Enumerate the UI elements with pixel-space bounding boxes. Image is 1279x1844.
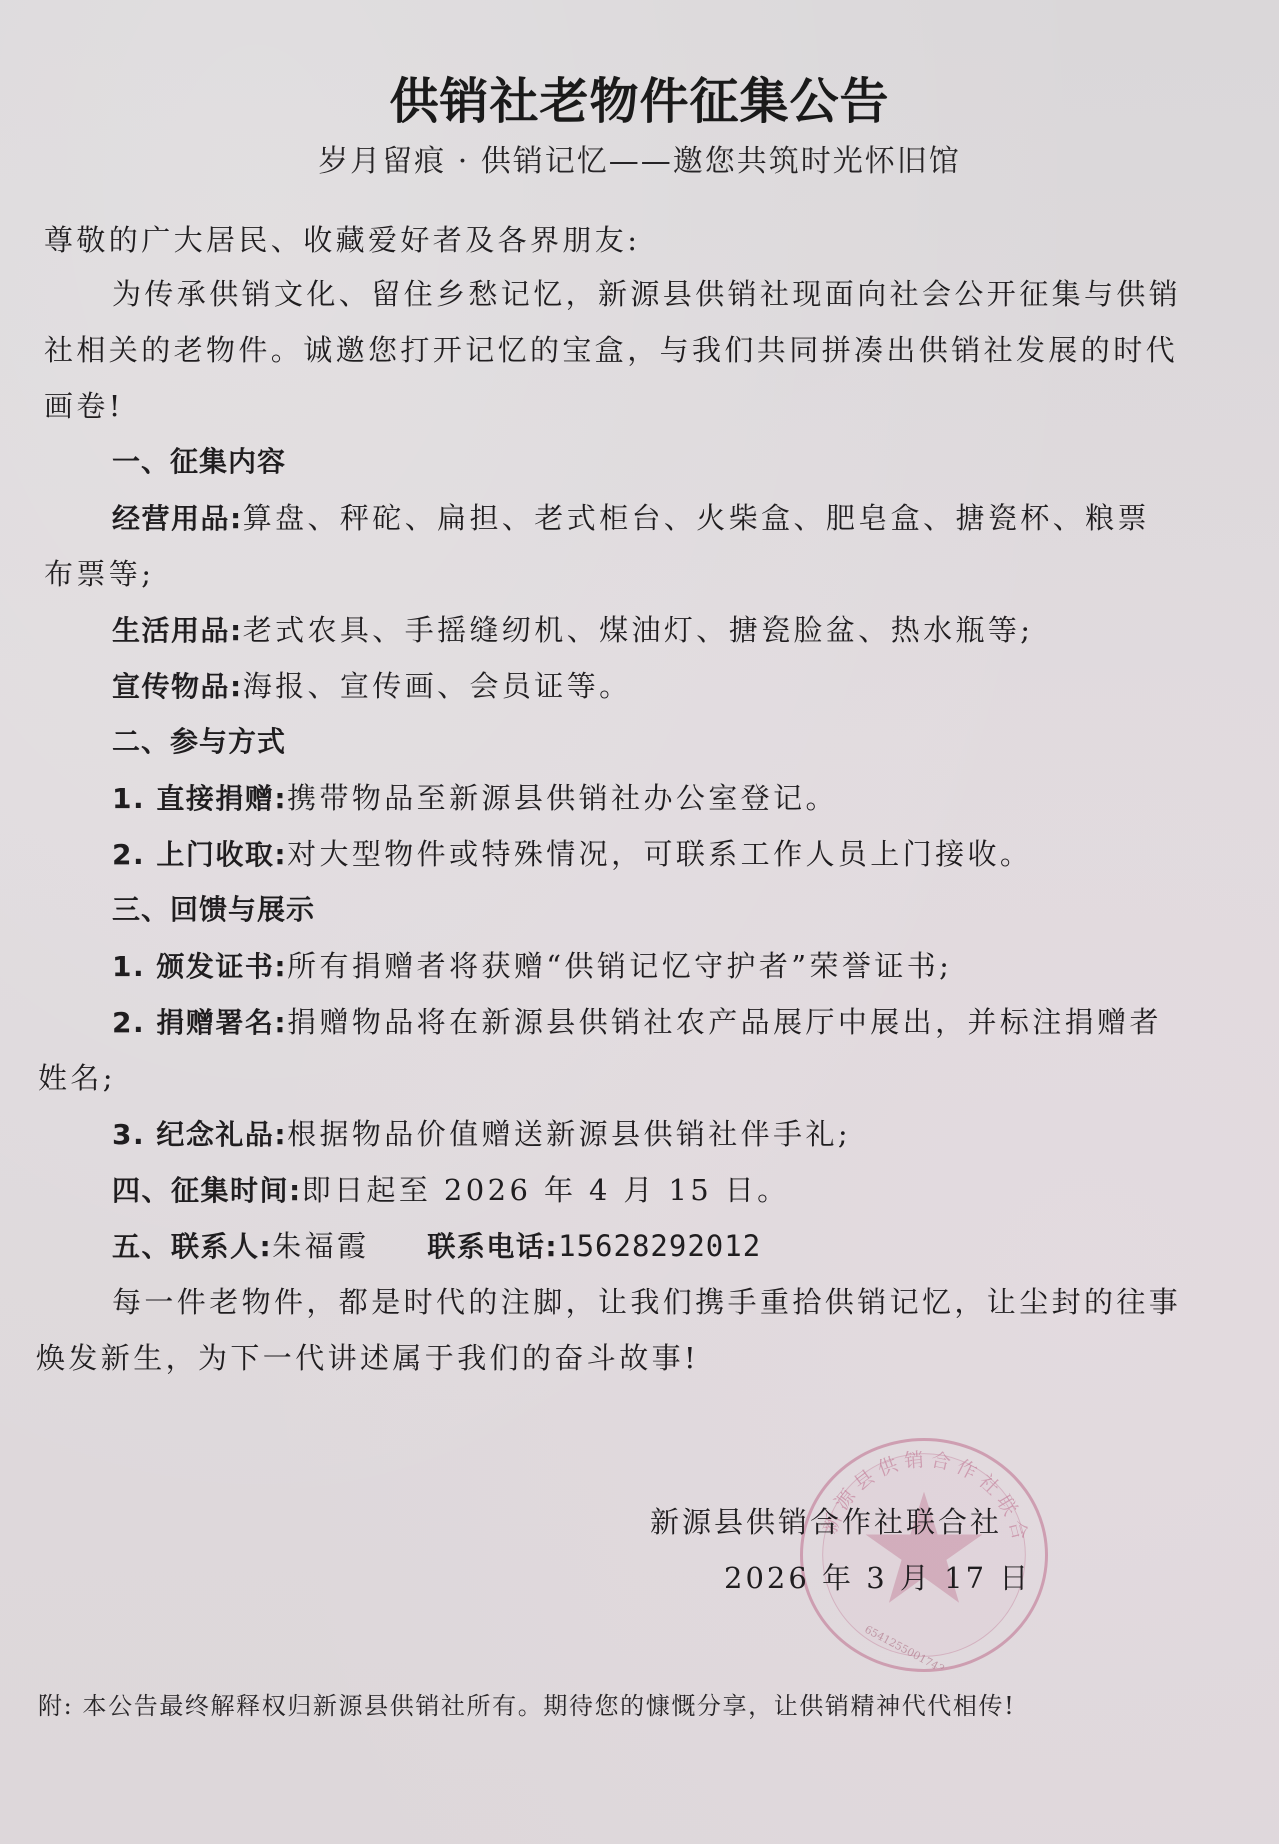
contact-info: 五、联系人:朱福霞联系电话:15628292012 [112,1218,761,1275]
notice-document: 供销社老物件征集公告 岁月留痕 · 供销记忆——邀您共筑时光怀旧馆 尊敬的广大居… [0,0,1279,1844]
feedback-item-certificate: 1. 颁发证书:所有捐赠者将获赠“供销记忆守护者”荣誉证书; [112,938,952,995]
item-label: 宣传物品: [112,670,243,703]
collection-item-business: 经营用品:算盘、秤砣、扁担、老式柜台、火柴盒、肥皂盒、搪瓷杯、粮票 [112,490,1150,547]
intro-line-1: 为传承供销文化、留住乡愁记忆，新源县供销社现面向社会公开征集与供销 [112,266,1181,322]
section-heading-feedback: 三、回馈与展示 [112,882,315,938]
item-text: 捐赠物品将在新源县供销社农产品展厅中展出，并标注捐赠者 [287,1005,1162,1039]
item-text: 根据物品价值赠送新源县供销社伴手礼; [287,1117,851,1151]
contact-heading: 五、联系人: [112,1230,272,1263]
item-text: 所有捐赠者将获赠“供销记忆守护者”荣誉证书; [287,949,952,983]
period-text: 即日起至 2026 年 4 月 15 日。 [302,1173,790,1207]
item-label: 2. 上门收取: [112,838,287,871]
intro-line-3: 画卷! [44,378,124,434]
feedback-item-gift: 3. 纪念礼品:根据物品价值赠送新源县供销社伴手礼; [112,1106,851,1163]
period-heading: 四、征集时间: [112,1174,302,1207]
official-seal: 新源县供销合作社联合社 6541255001743 [800,1438,1048,1672]
item-label: 2. 捐赠署名: [112,1006,287,1039]
signature-organization: 新源县供销合作社联合社 [650,1500,1002,1541]
participation-item-donate: 1. 直接捐赠:携带物品至新源县供销社办公室登记。 [112,770,838,827]
document-subtitle: 岁月留痕 · 供销记忆——邀您共筑时光怀旧馆 [0,140,1279,184]
collection-period: 四、征集时间:即日起至 2026 年 4 月 15 日。 [112,1162,790,1219]
phone-label: 联系电话: [427,1230,558,1263]
signature-date: 2026 年 3 月 17 日 [724,1556,1031,1597]
item-label: 1. 直接捐赠: [112,782,287,815]
item-text: 携带物品至新源县供销社办公室登记。 [287,781,838,815]
item-text: 海报、宣传画、会员证等。 [243,669,632,703]
collection-item-business-cont: 布票等; [44,546,154,602]
item-label: 1. 颁发证书: [112,950,287,983]
document-body: 尊敬的广大居民、收藏爱好者及各界朋友: 为传承供销文化、留住乡愁记忆，新源县供销… [44,212,1244,1462]
salutation: 尊敬的广大居民、收藏爱好者及各界朋友: [44,212,640,268]
item-text: 对大型物件或特殊情况，可联系工作人员上门接收。 [287,837,1032,871]
section-heading-collection: 一、征集内容 [112,434,286,490]
closing-line-1: 每一件老物件，都是时代的注脚，让我们携手重拾供销记忆，让尘封的往事 [112,1274,1181,1330]
document-title: 供销社老物件征集公告 [0,70,1279,134]
item-text: 老式农具、手摇缝纫机、煤油灯、搪瓷脸盆、热水瓶等; [243,613,1034,647]
seal-star-icon: 新源县供销合作社联合社 6541255001743 [803,1441,1045,1669]
footnote: 附: 本公告最终解释权归新源县供销社所有。期待您的慷慨分享，让供销精神代代相传! [38,1686,1015,1721]
phone-number: 15628292012 [558,1229,761,1263]
item-label: 3. 纪念礼品: [112,1118,287,1151]
section-heading-participation: 二、参与方式 [112,714,286,770]
seal-code: 6541255001743 [863,1623,947,1669]
closing-line-2: 焕发新生，为下一代讲述属于我们的奋斗故事! [36,1330,699,1386]
item-label: 经营用品: [112,502,243,535]
feedback-item-naming-cont: 姓名; [38,1050,116,1106]
contact-name: 朱福霞 [272,1229,369,1263]
item-label: 生活用品: [112,614,243,647]
collection-item-daily: 生活用品:老式农具、手摇缝纫机、煤油灯、搪瓷脸盆、热水瓶等; [112,602,1033,659]
participation-item-pickup: 2. 上门收取:对大型物件或特殊情况，可联系工作人员上门接收。 [112,826,1032,883]
feedback-item-naming: 2. 捐赠署名:捐赠物品将在新源县供销社农产品展厅中展出，并标注捐赠者 [112,994,1162,1051]
collection-item-promo: 宣传物品:海报、宣传画、会员证等。 [112,658,632,715]
item-text: 算盘、秤砣、扁担、老式柜台、火柴盒、肥皂盒、搪瓷杯、粮票 [243,501,1150,535]
intro-line-2: 社相关的老物件。诚邀您打开记忆的宝盒，与我们共同拼凑出供销社发展的时代 [44,322,1178,378]
